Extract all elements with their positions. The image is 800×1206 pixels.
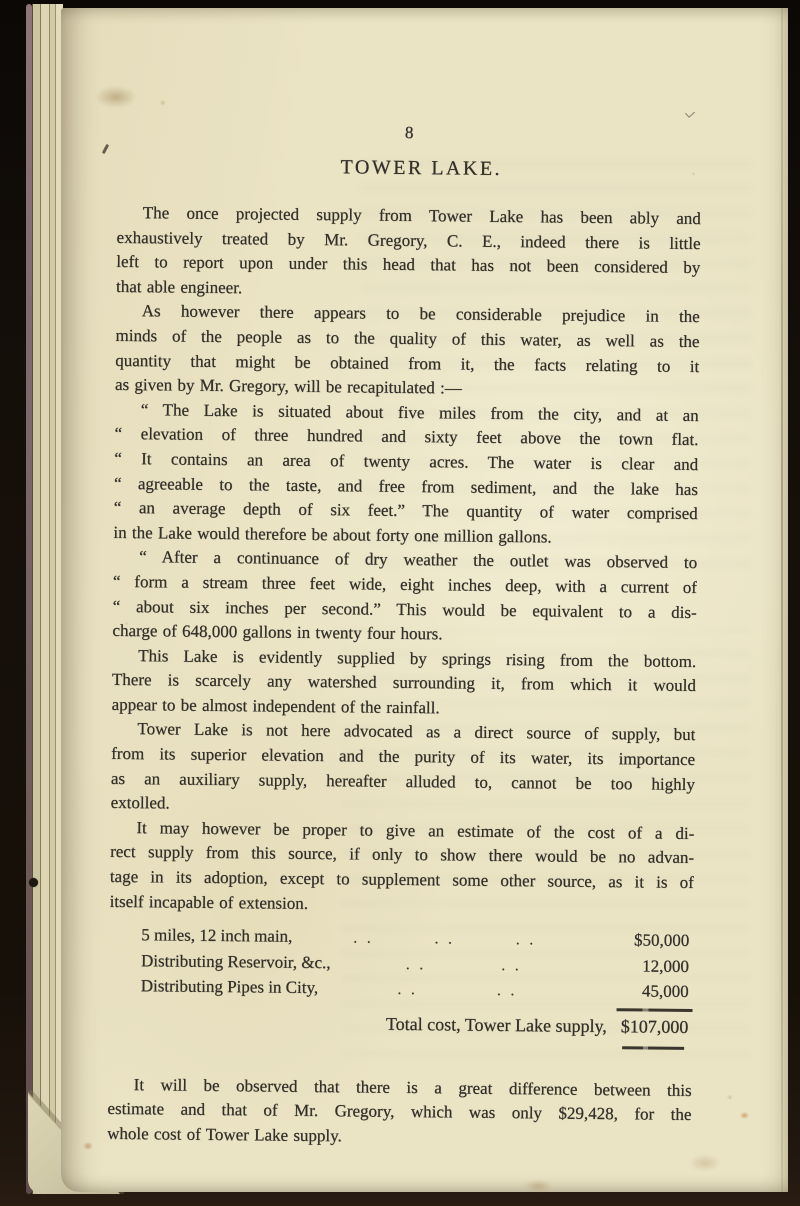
estimate-table: 5 miles, 12 inch main,. .. .. .$50,000Di… <box>108 922 693 1050</box>
page-title: TOWER LAKE. <box>117 154 701 183</box>
dot-leader: . . <box>501 954 522 980</box>
paragraph: Tower Lake is not here advocated as a di… <box>111 717 696 821</box>
row-amount: 45,000 <box>597 978 693 1005</box>
scanned-page: 8 TOWER LAKE. The once projected supply … <box>61 8 788 1192</box>
dot-leaders: . .. .. . <box>292 926 597 955</box>
estimate-total-row: Total cost, Tower Lake supply, $107,000 <box>108 1006 692 1042</box>
row-label: Distributing Reservoir, &c., <box>141 948 331 975</box>
row-label: Distributing Pipes in City, <box>141 973 319 1000</box>
dot-leader: . . <box>435 928 456 954</box>
dot-leader: . . <box>353 927 374 953</box>
row-amount: $50,000 <box>597 927 693 954</box>
dot-leader: . . <box>497 979 518 1005</box>
paragraph: It will be observed that there is a grea… <box>107 1073 692 1153</box>
book-photograph: 8 TOWER LAKE. The once projected supply … <box>0 0 800 1206</box>
page-content: 8 TOWER LAKE. The once projected supply … <box>107 5 703 1153</box>
row-amount: 12,000 <box>597 953 693 980</box>
dot-leaders: . .. . <box>330 952 597 980</box>
dot-leader: . . <box>516 928 537 954</box>
closing-paragraph: It will be observed that there is a grea… <box>107 1073 692 1153</box>
page-number: 8 <box>118 120 702 146</box>
dot-leaders: . .. . <box>318 977 597 1005</box>
page-right-crease <box>781 8 783 1192</box>
estimate-rows: 5 miles, 12 inch main,. .. .. .$50,000Di… <box>109 922 694 1005</box>
dot-leader: . . <box>397 978 418 1004</box>
row-label: 5 miles, 12 inch main, <box>141 922 292 949</box>
paragraph: “ The Lake is situated about five miles … <box>113 398 699 552</box>
estimate-total: Total cost, Tower Lake supply, $107,000 <box>108 1003 692 1050</box>
paragraph: The once projected supply from Tower Lak… <box>116 201 701 305</box>
paragraph: It may however be proper to give an esti… <box>109 816 694 920</box>
body-paragraphs: The once projected supply from Tower Lak… <box>109 201 700 920</box>
total-label: Total cost, Tower Lake supply, <box>386 1009 607 1041</box>
total-rule-bottom <box>622 1046 684 1050</box>
paragraph: “ After a continuance of dry weather the… <box>112 545 697 649</box>
table-row: Distributing Pipes in City,. .. .45,000 <box>109 973 693 1005</box>
paragraph: As however there appears to be considera… <box>115 299 700 403</box>
paragraph: This Lake is evidently supplied by sprin… <box>112 644 697 724</box>
total-amount: $107,000 <box>621 1011 689 1042</box>
dot-leader: . . <box>406 953 427 979</box>
